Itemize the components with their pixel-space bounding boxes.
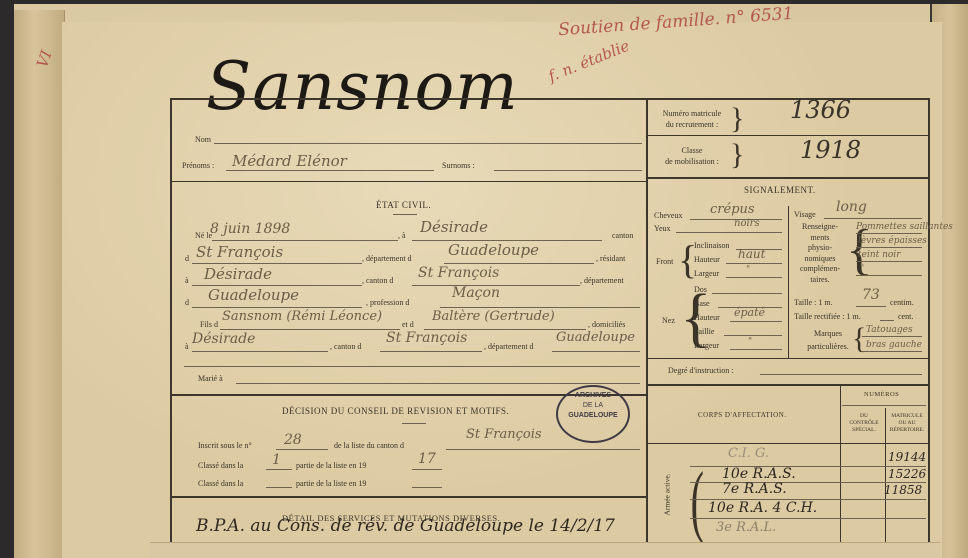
renseignements-value-2: lèvres épaisses: [858, 236, 927, 246]
stamp-line1: ARCHIVES: [558, 392, 628, 399]
classe-label: Classe de mobilisation :: [652, 145, 732, 167]
renseignements-value-3: teint noir: [858, 250, 901, 260]
matricule-header-3: répertoire.: [887, 427, 927, 434]
res-dept-value: Guadeloupe: [208, 286, 299, 304]
dom-dept-label: , département d: [484, 342, 534, 351]
et-label: et d: [402, 320, 414, 329]
front-hauteur-label: Hauteur: [694, 255, 720, 264]
stacked-page-edges-left: [14, 10, 65, 558]
taille-unit: centim.: [890, 298, 914, 307]
title-underline: [393, 214, 417, 215]
table-row-line: [690, 518, 926, 519]
departement-label: , département d: [362, 254, 412, 263]
marques-line: [862, 351, 922, 352]
domicile-line: [192, 351, 328, 352]
brace: }: [730, 102, 744, 136]
controle-header-2: contrôle: [843, 420, 885, 427]
yeux-line: [676, 232, 782, 233]
instruction-line: [760, 374, 922, 375]
annee2-line: [412, 487, 442, 488]
res-dept-line: [192, 307, 362, 308]
matricule-label-line2: du recrutement :: [652, 119, 732, 130]
dom-dept-line: [552, 351, 640, 352]
taille-rectifiee-line: [880, 320, 894, 321]
nom-label: Nom: [195, 135, 211, 144]
domicilies-label: , domiciliés: [588, 320, 625, 329]
ne-le-line: [212, 240, 398, 241]
title-underline: [402, 423, 426, 424]
mere-value: Baltère (Gertrude): [432, 309, 555, 324]
profession-label: , profession d: [366, 298, 409, 307]
profession-value: Maçon: [452, 285, 500, 301]
numeros-divider: [840, 386, 841, 558]
nez-hauteur-line: [730, 321, 782, 322]
departement-line: [444, 263, 594, 264]
taille-rectifiee-unit: cent.: [898, 312, 913, 321]
residant-label: , résidant: [596, 254, 625, 263]
affectation-row-2-corps: 10e R.A.S.: [722, 466, 796, 482]
renseignements-label-2: ments: [796, 233, 844, 244]
marques-label-2: particulières.: [800, 340, 856, 353]
affectation-row-3-matricule: 11858: [884, 483, 922, 497]
nez-largeur-value: ": [748, 337, 752, 347]
section-divider: [172, 496, 646, 498]
annee1-line: [412, 469, 442, 470]
fils-label: Fils d: [200, 320, 218, 329]
section-divider: [172, 181, 646, 182]
front-inclinaison-label: Inclinaison: [694, 241, 730, 250]
nez-saillie-line: [724, 335, 782, 336]
marques-value-2: bras gauche: [866, 340, 922, 350]
armee-active-label: Armée active.: [663, 473, 672, 515]
visage-label: Visage: [794, 210, 816, 219]
stamp-line2: DE LA: [558, 402, 628, 409]
inscrit-value: 28: [284, 432, 302, 448]
marie-label: Marié à: [198, 374, 223, 383]
controle-header-1: du: [843, 413, 885, 420]
canton-line: [192, 263, 362, 264]
classe2-label: Classé dans la: [198, 479, 243, 488]
section-divider: [648, 358, 928, 359]
front-largeur-line: [726, 277, 782, 278]
departement-value: Guadeloupe: [448, 241, 539, 259]
nez-largeur-label: Largeur: [694, 341, 719, 350]
controle-header-3: spécial.: [843, 427, 885, 434]
renseignements-label: Renseigne- ments physio- nomiques complé…: [796, 222, 844, 285]
pere-line: [220, 329, 400, 330]
nez-hauteur-label: Hauteur: [694, 313, 720, 322]
stamp-line3: GUADELOUPE: [558, 412, 628, 419]
inscrit-line: [276, 449, 328, 450]
services-entry: B.P.A. au Cons. de rév. de Guadeloupe le…: [196, 516, 615, 536]
affectation-row-1-corps: C.I. G.: [728, 446, 769, 461]
visage-value: long: [836, 199, 867, 215]
nez-saillie-label: Saillie: [694, 327, 714, 336]
renseignements-line: [856, 247, 922, 248]
prenoms-label: Prénoms :: [182, 161, 214, 170]
res-canton-label: , canton d: [362, 276, 393, 285]
instruction-label: Degré d'instruction :: [668, 366, 733, 375]
annee1-value: 17: [418, 451, 436, 467]
front-largeur-label: Largeur: [694, 269, 719, 278]
etat-civil-title: ÉTAT CIVIL.: [376, 200, 431, 210]
domicile-prefix: à: [185, 342, 189, 351]
front-hauteur-value: haut: [738, 247, 765, 261]
classe1-value: 1: [272, 452, 281, 468]
marques-line: [862, 336, 922, 337]
nez-label: Nez: [662, 316, 675, 325]
affectation-row-3-corps: 7e R.A.S.: [722, 481, 787, 497]
corps-affectation-header: CORPS D'AFFECTATION.: [698, 411, 787, 419]
renseignements-label-5: complémen-: [796, 264, 844, 275]
res-departement-label: , département: [580, 276, 624, 285]
signalement-divider: [788, 206, 789, 358]
section-divider: [648, 384, 928, 386]
inscrit-label: Inscrit sous le n°: [198, 441, 252, 450]
marie-line: [236, 383, 640, 384]
affectation-row-1-matricule: 19144: [888, 450, 926, 464]
front-hauteur-line: [726, 263, 782, 264]
taille-label: Taille : 1 m.: [794, 298, 833, 307]
residence-value: Désirade: [204, 265, 272, 283]
numeros-header: NUMÉROS: [864, 391, 899, 398]
matricule-header-2: ou au: [887, 420, 927, 427]
blank-line: [184, 366, 640, 367]
a-label: , à: [398, 231, 406, 240]
classe-value: 1918: [800, 136, 861, 164]
affectation-row-4-corps: 10e R.A. 4 C.H.: [708, 500, 817, 516]
renseignements-line: [856, 261, 922, 262]
archives-guadeloupe-stamp: ARCHIVES DE LA GUADELOUPE: [556, 385, 630, 443]
dom-canton-line: [380, 351, 482, 352]
renseignements-line: [856, 233, 922, 234]
dom-dept-value: Guadeloupe: [556, 330, 635, 345]
taille-rectifiee-label: Taille rectifiée : 1 m.: [794, 312, 861, 321]
renseignements-value-4: ": [860, 264, 864, 274]
marques-label-1: Marques: [800, 327, 856, 340]
controle-special-header: du contrôle spécial.: [843, 413, 885, 434]
classe1-line: [266, 469, 292, 470]
registry-divider: [648, 135, 928, 136]
nez-base-label: Base: [694, 299, 710, 308]
front-label: Front: [656, 257, 673, 266]
visage-line: [824, 218, 922, 219]
dom-canton-value: St François: [386, 330, 467, 346]
nom-line: [214, 143, 642, 144]
pere-value: Sansnom (Rémi Léonce): [222, 309, 382, 324]
marques-label: Marques particulières.: [800, 327, 856, 353]
yeux-value: noirs: [734, 218, 760, 229]
yeux-label: Yeux: [654, 224, 671, 233]
numeros-underline: [842, 405, 926, 406]
column-divider: [646, 98, 648, 558]
matricule-header-1: matricule: [887, 413, 927, 420]
renseignements-label-3: physio-: [796, 243, 844, 254]
renseignements-label-6: taires.: [796, 275, 844, 286]
affectation-row-5-corps: 3e R.A.L.: [716, 520, 776, 535]
liste-canton-line: [446, 449, 640, 450]
domicile-value: Désirade: [192, 331, 255, 347]
affectation-row-2-matricule: 15226: [888, 467, 926, 481]
matricule-label-line1: Numéro matricule: [652, 108, 732, 119]
liste-canton-value: St François: [466, 427, 542, 442]
taille-line: [856, 306, 886, 307]
res-dept-prefix: d: [185, 298, 189, 307]
registry-divider: [648, 177, 928, 179]
classe2-line: [266, 487, 292, 488]
renseignements-label-4: nomiques: [796, 254, 844, 265]
renseignements-value-1: Pommettes saillantes: [856, 222, 953, 232]
canton-label: canton: [612, 231, 633, 240]
classe-label-line1: Classe: [652, 145, 732, 156]
surnoms-label: Surnoms :: [442, 161, 475, 170]
renseignements-line: [856, 275, 922, 276]
cheveux-label: Cheveux: [654, 211, 682, 220]
overlapping-page-edge: [150, 542, 940, 558]
lieu-naissance-value: Désirade: [420, 218, 488, 236]
classe-label-line2: de mobilisation :: [652, 156, 732, 167]
nez-dos-line: [712, 293, 782, 294]
surnoms-line: [494, 170, 642, 171]
prenoms-line: [226, 170, 434, 171]
table-header-divider: [648, 443, 928, 444]
liste-canton-label: de la liste du canton d: [334, 441, 404, 450]
classe1-label: Classé dans la: [198, 461, 243, 470]
canton-value: St François: [196, 243, 283, 261]
signalement-title: SIGNALEMENT.: [744, 185, 816, 195]
partie2-label: partie de la liste en 19: [296, 479, 366, 488]
dom-canton-label: , canton d: [330, 342, 361, 351]
nez-dos-label: Dos: [694, 285, 707, 294]
canton-prefix: d: [185, 254, 189, 263]
partie1-label: partie de la liste en 19: [296, 461, 366, 470]
brace: }: [730, 138, 744, 172]
renseignements-label-1: Renseigne-: [796, 222, 844, 233]
armee-brace: (: [691, 456, 704, 547]
cheveux-value: crépus: [710, 202, 755, 217]
marques-value-1: Tatouages: [866, 325, 913, 335]
matricule-label: Numéro matricule du recrutement :: [652, 108, 732, 130]
matricule-repertoire-header: matricule ou au répertoire.: [887, 413, 927, 434]
nez-largeur-line: [730, 349, 782, 350]
conseil-title: DÉCISION DU CONSEIL DE REVISION ET MOTIF…: [282, 406, 509, 416]
profession-line: [440, 307, 640, 308]
front-largeur-value: ": [746, 265, 750, 275]
taille-value: 73: [862, 287, 880, 303]
residence-prefix: à: [185, 276, 189, 285]
prenoms-value: Médard Elénor: [232, 152, 347, 170]
matricule-value: 1366: [790, 96, 851, 124]
res-canton-value: St François: [418, 265, 499, 281]
ne-le-value: 8 juin 1898: [210, 221, 290, 237]
nez-hauteur-value: épaté: [734, 306, 765, 319]
